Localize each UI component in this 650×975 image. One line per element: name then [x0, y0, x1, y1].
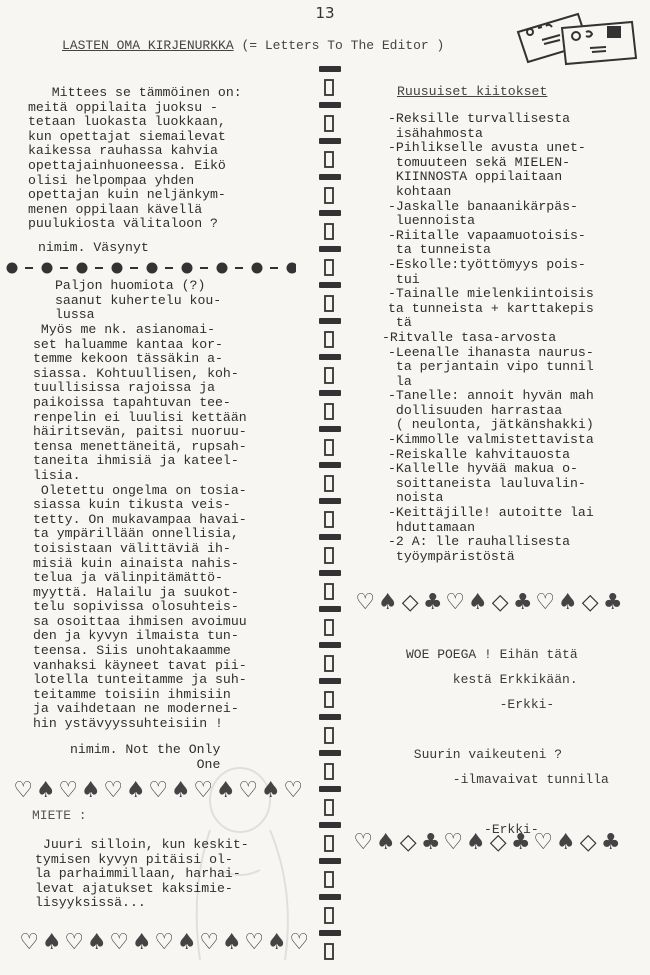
text-line: telua ja välinpitämättö- — [33, 571, 247, 586]
text-line: häiritsevän, paitsi nuoruu- — [33, 425, 247, 440]
thanks-item-line: noista — [388, 491, 594, 506]
thanks-item-line: tä — [388, 316, 594, 331]
text-line: tetaan luokasta luokkaan, — [28, 115, 242, 130]
text-line: opettajan kuin neljänkym- — [28, 188, 242, 203]
text-line: Oletettu ongelma on tosia- — [33, 484, 247, 499]
heart-icon: ♡ — [352, 832, 375, 854]
thanks-item: -Reiskalle kahvitauosta — [388, 448, 594, 463]
thanks-item: -Ritvalle tasa-arvosta — [382, 331, 594, 346]
thanks-list: -Reksille turvallisesta isähahmosta-Pihl… — [388, 112, 594, 564]
thanks-item: -Reksille turvallisesta isähahmosta — [388, 112, 594, 141]
diamond-icon: ◇ — [579, 592, 602, 614]
text-line: kun opettajat siemailevat — [28, 130, 242, 145]
spade-icon: ♠ — [557, 592, 580, 614]
club-icon: ♣ — [422, 592, 445, 614]
club-icon: ♣ — [602, 592, 625, 614]
thanks-item: -Tainalle mielenkiintoisista tunneista +… — [388, 287, 594, 331]
club-icon: ♣ — [600, 832, 623, 854]
heart-icon: ♡ — [108, 932, 131, 954]
thanks-item-line: kohtaan — [388, 185, 594, 200]
thanks-item-line: työympäristöstä — [388, 550, 594, 565]
text-line: myyttä. Halailu ja suukot- — [33, 586, 247, 601]
spade-icon: ♠ — [35, 780, 58, 802]
thanks-item: -2 A: lle rauhallisesta työympäristöstä — [388, 535, 594, 564]
thanks-item-line: ta tunneista — [388, 243, 594, 258]
text-line: Myös me nk. asianomai- — [33, 323, 247, 338]
heart-icon: ♡ — [12, 780, 35, 802]
text-line: siassa kuin tikusta veis- — [33, 498, 247, 513]
letter-title-line: lussa — [55, 308, 221, 323]
thanks-item-line: KIINNOSTA oppilaitaan — [388, 170, 594, 185]
card-suits-separator: ♡♠◇♣♡♠◇♣♡♠◇♣ — [352, 832, 622, 854]
text-line: la parhaimmillaan, harhai- — [35, 867, 249, 882]
heart-icon: ♡ — [444, 592, 467, 614]
thanks-item-line: -Ritvalle tasa-arvosta — [382, 331, 594, 346]
heart-icon: ♡ — [63, 932, 86, 954]
note-line: kestä Erkkikään. — [406, 667, 609, 692]
card-suits-separator: ♡♠◇♣♡♠◇♣♡♠◇♣ — [354, 592, 624, 614]
thanks-item-line: hduttamaan — [388, 521, 594, 536]
text-line: levat ajatukset kaksimie- — [35, 882, 249, 897]
letter-1: Mittees se tämmöinen on:meitä oppilaita … — [28, 86, 242, 232]
thanks-item-line: -Keittäjille! autoitte lai — [388, 506, 594, 521]
text-line: lotella tunteitamme ja suh- — [33, 673, 247, 688]
dot-dash-separator — [6, 260, 296, 276]
spade-icon: ♠ — [377, 592, 400, 614]
heart-icon: ♡ — [442, 832, 465, 854]
mail-envelopes-icon — [512, 10, 640, 66]
spade-icon: ♠ — [41, 932, 64, 954]
text-line: tymisen kyvyn pitäisi ol- — [35, 853, 249, 868]
thanks-item: -Kallelle hyvää makua o- soittaneista la… — [388, 462, 594, 506]
thanks-title: Ruusuiset kiitokset — [397, 84, 547, 99]
text-line: ja vaihdetaan ne modernei- — [33, 702, 247, 717]
spade-icon: ♠ — [555, 832, 578, 854]
text-line: siassa. Kohtuullisen, koh- — [33, 367, 247, 382]
hearts-separator: ♡♠♡♠♡♠♡♠♡♠♡♠♡ — [18, 932, 311, 954]
thanks-item-line: ( neulonta, jätkänshakki) — [388, 418, 594, 433]
thanks-item-line: soittaneista lauluvalin- — [388, 477, 594, 492]
thanks-item-line: -Jaskalle banaanikärpäs- — [388, 200, 594, 215]
letter-1-signature: nimim. Väsynyt — [38, 240, 149, 255]
thanks-item-line: tui — [388, 273, 594, 288]
thanks-item-line: luennoista — [388, 214, 594, 229]
spade-icon: ♠ — [221, 932, 244, 954]
thanks-item-line: -Reksille turvallisesta — [388, 112, 594, 127]
text-line: vanhaksi käyneet tavat pii- — [33, 659, 247, 674]
thanks-item: -Jaskalle banaanikärpäs- luennoista — [388, 200, 594, 229]
thanks-item: -Keittäjille! autoitte lai hduttamaan — [388, 506, 594, 535]
text-line: teitamme toisiin ihmisiin — [33, 688, 247, 703]
text-line: misiä kuin ainaista nahis- — [33, 557, 247, 572]
thanks-item: -Leenalle ihanasta naurus- ta perjantain… — [388, 346, 594, 390]
note-line: -ilmavaivat tunnilla — [406, 767, 609, 792]
note-line: Suurin vaikeuteni ? — [406, 742, 609, 767]
text-line: hin ystävyyssuhteisiin ! — [33, 717, 247, 732]
thanks-item-line: -Tainalle mielenkiintoisis — [388, 287, 594, 302]
text-line: paikoissa tapahtuvan tee- — [33, 396, 247, 411]
text-line: Mittees se tämmöinen on: — [28, 86, 242, 101]
note-line: WOE POEGA ! Eihän tätä — [406, 642, 609, 667]
spade-icon: ♠ — [80, 780, 103, 802]
text-line: puulukiosta välitaloon ? — [28, 217, 242, 232]
heart-icon: ♡ — [198, 932, 221, 954]
text-line: menen oppilaan kävellä — [28, 203, 242, 218]
text-line: toisistaan välittäviä ih- — [33, 542, 247, 557]
heart-icon: ♡ — [153, 932, 176, 954]
thanks-item-line: -Tanelle: annoit hyvän mah — [388, 389, 594, 404]
text-line: telu sopivissa olosuhteis- — [33, 600, 247, 615]
thanks-item: -Riitalle vapaamuotoisis- ta tunneista — [388, 229, 594, 258]
heart-icon: ♡ — [57, 780, 80, 802]
text-line: opettajainhuoneessa. Eikö — [28, 159, 242, 174]
letter-title-line: saanut kuhertelu kou- — [55, 294, 221, 309]
letter-2-body: Myös me nk. asianomai-set haluamme kanta… — [33, 323, 247, 732]
text-line: taneita ihmisiä ja kateel- — [33, 454, 247, 469]
spade-icon: ♠ — [176, 932, 199, 954]
spade-icon: ♠ — [131, 932, 154, 954]
text-line: Juuri silloin, kun keskit- — [35, 838, 249, 853]
spade-icon: ♠ — [266, 932, 289, 954]
page-header: LASTEN OMA KIRJENURKKA (= Letters To The… — [62, 38, 444, 53]
text-line: temme kekoon tässäkin a- — [33, 352, 247, 367]
dash-and-box-divider — [316, 66, 346, 971]
text-line: tensa menettäneitä, rupsah- — [33, 440, 247, 455]
text-line: meitä oppilaita juoksu - — [28, 101, 242, 116]
thanks-item: -Kimmolle valmistettavista — [388, 433, 594, 448]
note-line — [406, 717, 609, 742]
thanks-item: -Tanelle: annoit hyvän mah dollisuuden h… — [388, 389, 594, 433]
diamond-icon: ◇ — [487, 832, 510, 854]
heart-icon: ♡ — [288, 932, 311, 954]
thanks-item-line: la — [388, 375, 594, 390]
thanks-item-line: -Kallelle hyvää makua o- — [388, 462, 594, 477]
text-line: kaikessa rauhassa kahvia — [28, 144, 242, 159]
header-title: LASTEN OMA KIRJENURKKA — [62, 38, 234, 53]
diamond-icon: ◇ — [489, 592, 512, 614]
text-line: teensa. Siis unohtakaamme — [33, 644, 247, 659]
spade-icon: ♠ — [125, 780, 148, 802]
text-line: den ja kyvyn ilmaista tun- — [33, 629, 247, 644]
spade-icon: ♠ — [467, 592, 490, 614]
thanks-item-line: dollisuuden harrastaa — [388, 404, 594, 419]
text-line: tetty. On mukavampaa havai- — [33, 513, 247, 528]
thanks-item-line: ta perjantain vipo tunnil — [388, 360, 594, 375]
spade-icon: ♠ — [86, 932, 109, 954]
signature-line: nimim. Not the Only — [70, 743, 220, 758]
thanks-item-line: -Riitalle vapaamuotoisis- — [388, 229, 594, 244]
diamond-icon: ◇ — [577, 832, 600, 854]
thanks-item-line: -Pihlikselle avusta unet- — [388, 141, 594, 156]
spade-icon: ♠ — [375, 832, 398, 854]
text-line: tuullisissa rajoissa ja — [33, 381, 247, 396]
thanks-item: -Eskolle:työttömyys pois- tui — [388, 258, 594, 287]
letter-title-line: Paljon huomiota (?) — [55, 279, 221, 294]
text-line: set haluamme kantaa kor- — [33, 338, 247, 353]
text-line: lisyyksissä... — [35, 896, 249, 911]
thanks-item-line: -Eskolle:työttömyys pois- — [388, 258, 594, 273]
thanks-item-line: -Kimmolle valmistettavista — [388, 433, 594, 448]
thanks-item-line: tomuuteen sekä MIELEN- — [388, 156, 594, 171]
text-line: olisi helpompaa yhden — [28, 174, 242, 189]
heart-icon: ♡ — [354, 592, 377, 614]
heart-icon: ♡ — [243, 932, 266, 954]
text-line: ta ympärillään onnellisia, — [33, 527, 247, 542]
thanks-item-line: ta tunneista + karttakepis — [388, 302, 594, 317]
heart-icon: ♡ — [532, 832, 555, 854]
club-icon: ♣ — [512, 592, 535, 614]
heart-icon: ♡ — [102, 780, 125, 802]
letter-2-title: Paljon huomiota (?)saanut kuhertelu kou-… — [55, 279, 221, 323]
club-icon: ♣ — [420, 832, 443, 854]
heart-icon: ♡ — [18, 932, 41, 954]
miete-title: MIETE : — [32, 808, 87, 823]
thanks-item-line: -Reiskalle kahvitauosta — [388, 448, 594, 463]
thanks-item-line: isähahmosta — [388, 127, 594, 142]
note-line — [406, 792, 609, 817]
thanks-item-line: -Leenalle ihanasta naurus- — [388, 346, 594, 361]
text-line: lisia. — [33, 469, 247, 484]
heart-icon: ♡ — [534, 592, 557, 614]
header-subtitle: (= Letters To The Editor ) — [234, 38, 445, 53]
miete-body: Juuri silloin, kun keskit-tymisen kyvyn … — [35, 838, 249, 911]
club-icon: ♣ — [510, 832, 533, 854]
diamond-icon: ◇ — [399, 592, 422, 614]
thanks-item: -Pihlikselle avusta unet- tomuuteen sekä… — [388, 141, 594, 199]
note-line: -Erkki- — [406, 692, 609, 717]
spade-icon: ♠ — [465, 832, 488, 854]
text-line: sa osoittaa ihmisen avoimuu — [33, 615, 247, 630]
diamond-icon: ◇ — [397, 832, 420, 854]
thanks-item-line: -2 A: lle rauhallisesta — [388, 535, 594, 550]
text-line: renpelin ei luulisi kettään — [33, 411, 247, 426]
erkki-notes: WOE POEGA ! Eihän tätä kestä Erkkikään. … — [406, 642, 609, 842]
